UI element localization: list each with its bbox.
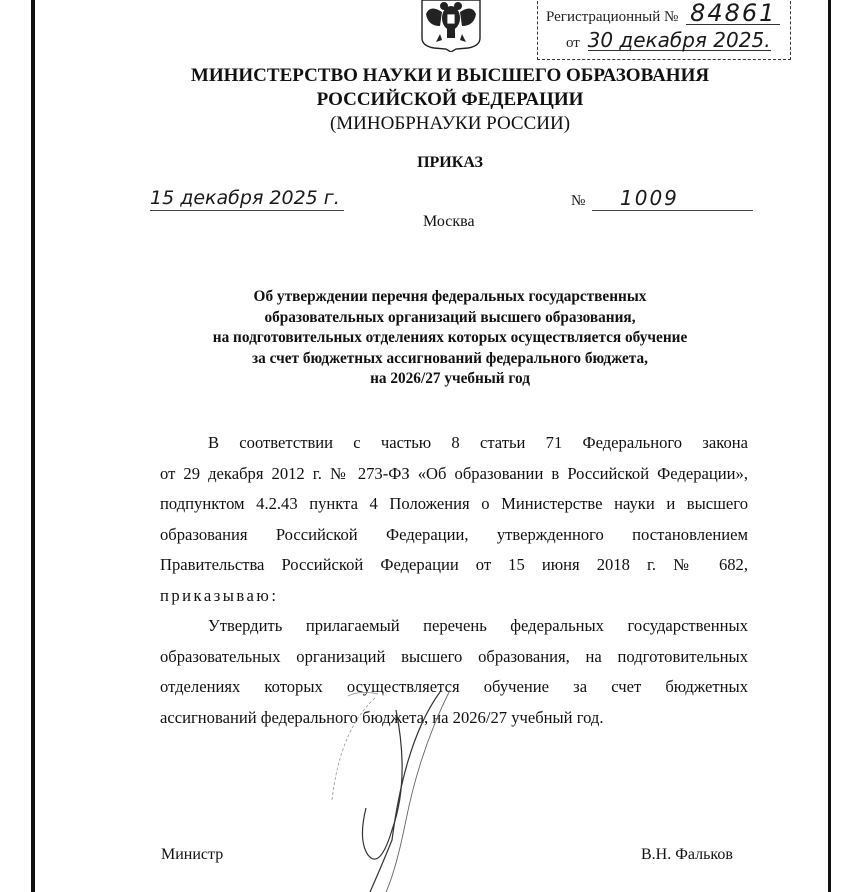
order-city: Москва xyxy=(423,213,475,231)
coat-of-arms-icon xyxy=(418,0,484,52)
title-line: на подготовительных отделениях которых о… xyxy=(120,328,780,349)
ministry-name-line2: РОССИЙСКОЙ ФЕДЕРАЦИИ xyxy=(0,89,845,111)
body-line: образования Российской Федерации, утверж… xyxy=(160,520,748,551)
order-number: 1009 xyxy=(620,186,679,210)
body-line: подпунктом 4.2.43 пункта 4 Положения о М… xyxy=(160,489,748,520)
signer-name: В.Н. Фальков xyxy=(641,846,733,864)
order-date: 15 декабря 2025 г. xyxy=(150,186,344,211)
order-body: В соответствии с частью 8 статьи 71 Феде… xyxy=(160,428,748,733)
registration-date-row: от 30 декабря 2025. xyxy=(566,30,771,52)
title-line: образовательных организаций высшего обра… xyxy=(120,308,780,329)
registration-number-row: Регистрационный № 84861 xyxy=(546,2,780,26)
registration-date-prefix: от xyxy=(566,35,580,51)
ministry-name-line1: МИНИСТЕРСТВО НАУКИ И ВЫСШЕГО ОБРАЗОВАНИЯ xyxy=(0,65,845,87)
ministry-short-name: (МИНОБРНАУКИ РОССИИ) xyxy=(0,113,845,135)
registration-number: 84861 xyxy=(686,2,780,25)
order-number-label: № xyxy=(571,193,585,210)
title-line: за счет бюджетных ассигнований федеральн… xyxy=(120,349,780,370)
title-line: Об утверждении перечня федеральных госуд… xyxy=(120,287,780,308)
registration-stamp: Регистрационный № 84861 от 30 декабря 20… xyxy=(537,0,791,60)
body-line: образовательных организаций высшего обра… xyxy=(160,642,748,673)
order-number-underline xyxy=(592,210,753,211)
order-title: Об утверждении перечня федеральных госуд… xyxy=(120,287,780,390)
body-line-decree: приказываю: xyxy=(160,581,748,612)
registration-label: Регистрационный № xyxy=(546,9,678,25)
body-line: Утвердить прилагаемый перечень федеральн… xyxy=(160,611,748,642)
registration-date: 30 декабря 2025. xyxy=(588,30,771,51)
document-type: ПРИКАЗ xyxy=(0,154,845,172)
body-line: Правительства Российской Федерации от 15… xyxy=(160,550,748,581)
body-line: от 29 декабря 2012 г. № 273-ФЗ «Об образ… xyxy=(160,459,748,490)
title-line: на 2026/27 учебный год xyxy=(120,369,780,390)
signer-role: Министр xyxy=(161,846,223,864)
handwritten-signature-icon xyxy=(300,690,460,892)
body-line: В соответствии с частью 8 статьи 71 Феде… xyxy=(160,428,748,459)
